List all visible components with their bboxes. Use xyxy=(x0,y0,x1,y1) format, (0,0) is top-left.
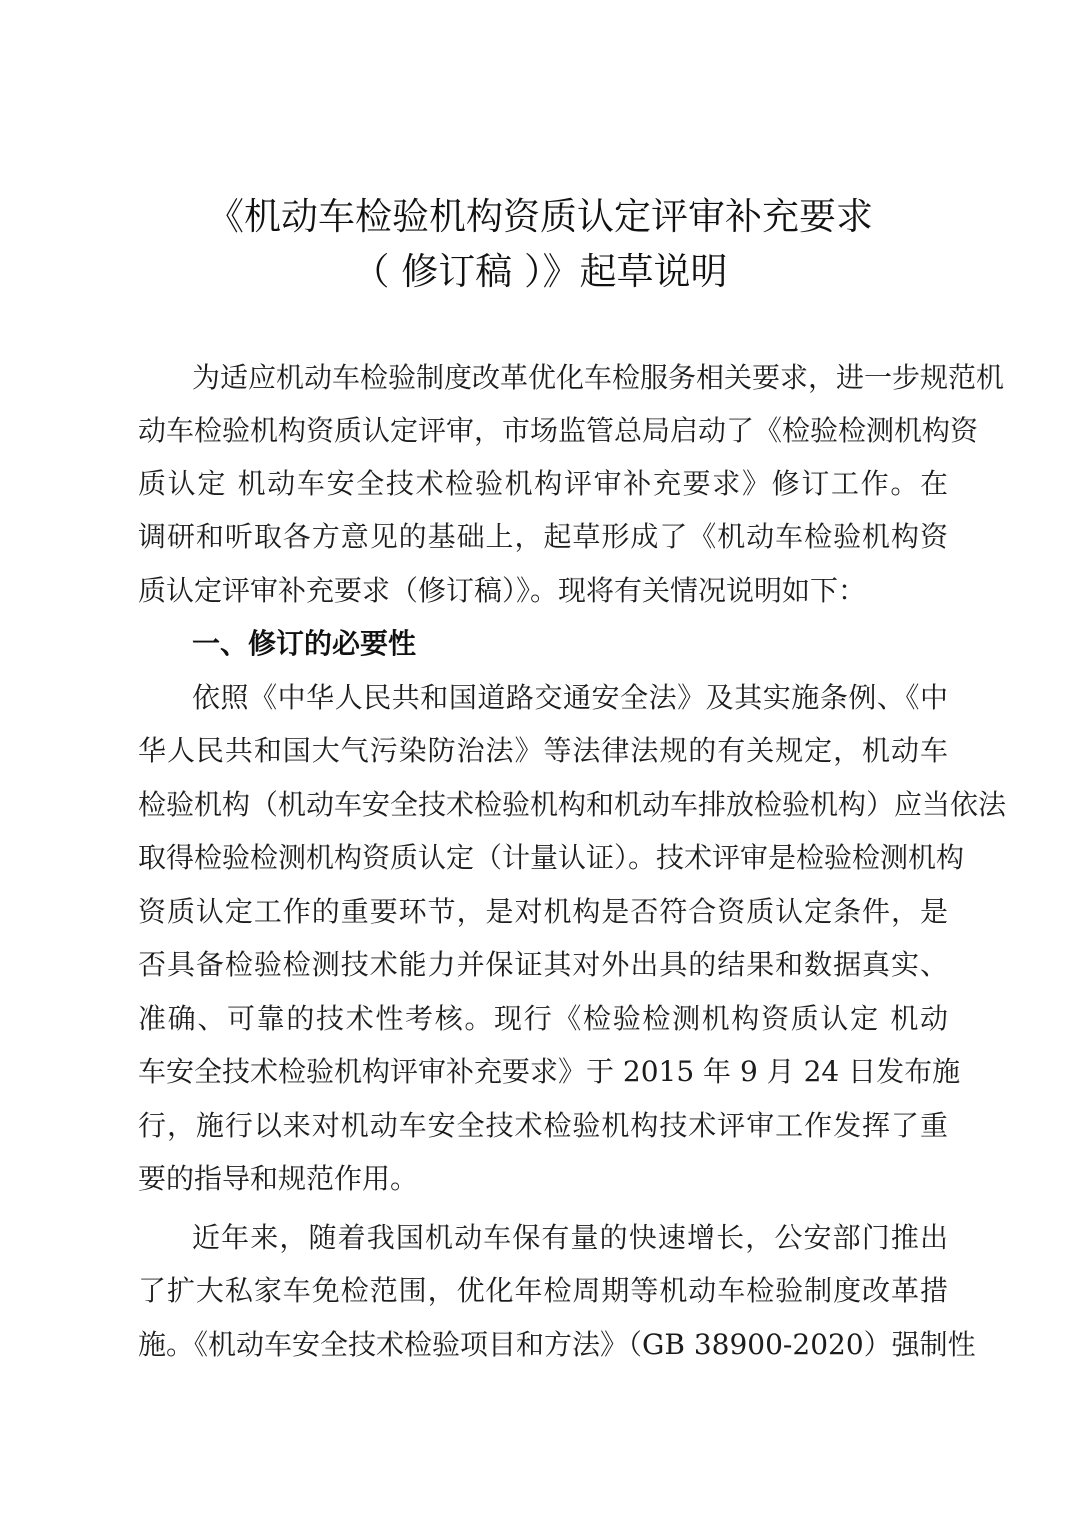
body-paragraph-line: 准确、可靠的技术性考核。现行《检验检测机构资质认定 机动 xyxy=(138,999,948,1039)
body-paragraph-line: 要的指导和规范作用。 xyxy=(138,1159,948,1199)
body-paragraph-line: 取得检验检测机构资质认定（计量认证）。技术评审是检验检测机构 xyxy=(138,838,948,878)
body-paragraph-line: 否具备检验检测技术能力并保证其对外出具的结果和数据真实、 xyxy=(138,945,948,985)
body-paragraph-line: 资质认定工作的重要环节，是对机构是否符合资质认定条件，是 xyxy=(138,892,948,932)
document-page: 《机动车检验机构资质认定评审补充要求 （ 修订稿 ）》起草说明 为适应机动车检验… xyxy=(0,0,1080,1528)
body-paragraph-line: 近年来，随着我国机动车保有量的快速增长，公安部门推出 xyxy=(192,1218,948,1258)
document-title-line-1: 《机动车检验机构资质认定评审补充要求 xyxy=(0,186,1080,240)
body-paragraph-line: 检验机构（机动车安全技术检验机构和机动车排放检验机构）应当依法 xyxy=(138,785,948,825)
intro-paragraph-line: 质认定 机动车安全技术检验机构评审补充要求》修订工作。在 xyxy=(138,464,948,504)
intro-paragraph-line: 质认定评审补充要求（修订稿）》。现将有关情况说明如下： xyxy=(138,571,948,611)
body-paragraph-line: 行，施行以来对机动车安全技术检验机构技术评审工作发挥了重 xyxy=(138,1106,948,1146)
document-title-line-2: （ 修订稿 ）》起草说明 xyxy=(0,241,1080,295)
intro-paragraph-line: 动车检验机构资质认定评审，市场监管总局启动了《检验检测机构资 xyxy=(138,411,948,451)
body-paragraph-line: 华人民共和国大气污染防治法》等法律法规的有关规定，机动车 xyxy=(138,731,948,771)
body-paragraph-line: 了扩大私家车免检范围，优化年检周期等机动车检验制度改革措 xyxy=(138,1271,948,1311)
body-paragraph-line: 依照《中华人民共和国道路交通安全法》及其实施条例、《中 xyxy=(192,678,948,718)
intro-paragraph-line: 调研和听取各方意见的基础上，起草形成了《机动车检验机构资 xyxy=(138,517,948,557)
body-paragraph-line: 车安全技术检验机构评审补充要求》于 2015 年 9 月 24 日发布施 xyxy=(138,1052,948,1092)
section-heading: 一、修订的必要性 xyxy=(192,624,416,664)
intro-paragraph-line: 为适应机动车检验制度改革优化车检服务相关要求，进一步规范机 xyxy=(192,358,948,398)
body-paragraph-line: 施。《机动车安全技术检验项目和方法》（GB 38900-2020）强制性 xyxy=(138,1325,948,1365)
